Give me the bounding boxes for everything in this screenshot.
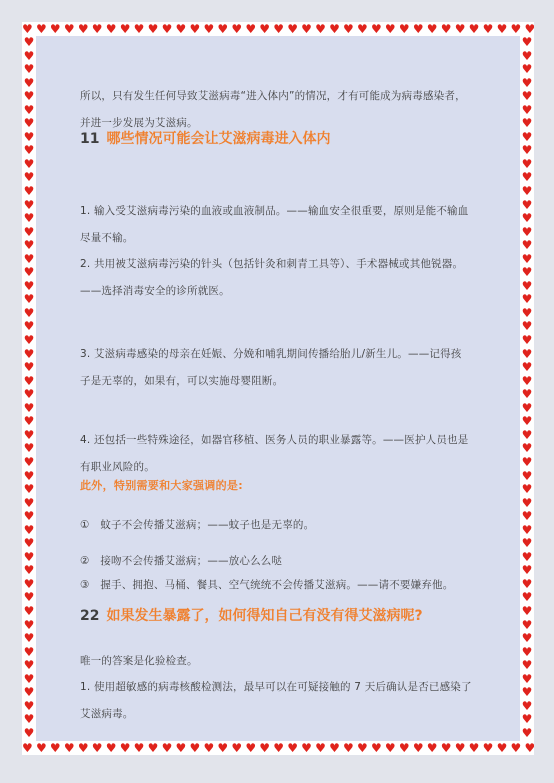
heart-border-right-icon: ♥♥♥♥♥♥♥♥♥♥♥♥♥♥♥♥♥♥♥♥♥♥♥♥♥♥♥♥♥♥♥♥♥♥♥♥♥♥♥♥… <box>520 36 534 741</box>
transmission-item-3: 3. 艾滋病毒感染的母亲在妊娠、分娩和哺乳期间传播给胎儿/新生儿。——记得孩 子… <box>80 341 498 395</box>
emphasis-bullet-2: ② 接吻不会传播艾滋病；——放心么么哒 <box>80 548 498 575</box>
section-heading-11: 11哪些情况可能会让艾滋病毒进入体内 <box>80 126 330 153</box>
document-body: 所以，只有发生任何导致艾滋病毒“进入体内”的情况，才有可能成为病毒感染者， 并进… <box>80 0 520 783</box>
section-title: 哪些情况可能会让艾滋病毒进入体内 <box>106 131 330 147</box>
section-number: 11 <box>80 131 99 147</box>
emphasis-bullet-1: ① 蚊子不会传播艾滋病；——蚊子也是无辜的。 <box>80 512 498 539</box>
page-background: ♥♥♥♥♥♥♥♥♥♥♥♥♥♥♥♥♥♥♥♥♥♥♥♥♥♥♥♥♥♥♥♥♥♥♥♥♥♥ ♥… <box>0 0 554 783</box>
testing-item-1: 1. 使用超敏感的病毒核酸检测法，最早可以在可疑接触的 7 天后确认是否已感染了… <box>80 674 498 728</box>
emphasis-bullet-3: ③ 握手、拥抱、马桶、餐具、空气统统不会传播艾滋病。——请不要嫌弃他。 <box>80 572 498 599</box>
answer-intro-paragraph: 唯一的答案是化验检查。 <box>80 648 498 675</box>
transmission-item-1: 1. 输入受艾滋病毒污染的血液或血液制品。——输血安全很重要，原则是能不输血 尽… <box>80 198 498 252</box>
emphasis-subheading: 此外，特别需要和大家强调的是: <box>80 472 243 499</box>
section-heading-22: 22如果发生暴露了，如何得知自己有没有得艾滋病呢? <box>80 603 423 630</box>
heart-border-left-icon: ♥♥♥♥♥♥♥♥♥♥♥♥♥♥♥♥♥♥♥♥♥♥♥♥♥♥♥♥♥♥♥♥♥♥♥♥♥♥♥♥… <box>22 36 36 741</box>
section-title: 如果发生暴露了，如何得知自己有没有得艾滋病呢? <box>106 608 422 624</box>
transmission-item-2: 2. 共用被艾滋病毒污染的针头（包括针灸和刺青工具等）、手术器械或其他锐器。 —… <box>80 251 498 305</box>
section-number: 22 <box>80 608 99 624</box>
